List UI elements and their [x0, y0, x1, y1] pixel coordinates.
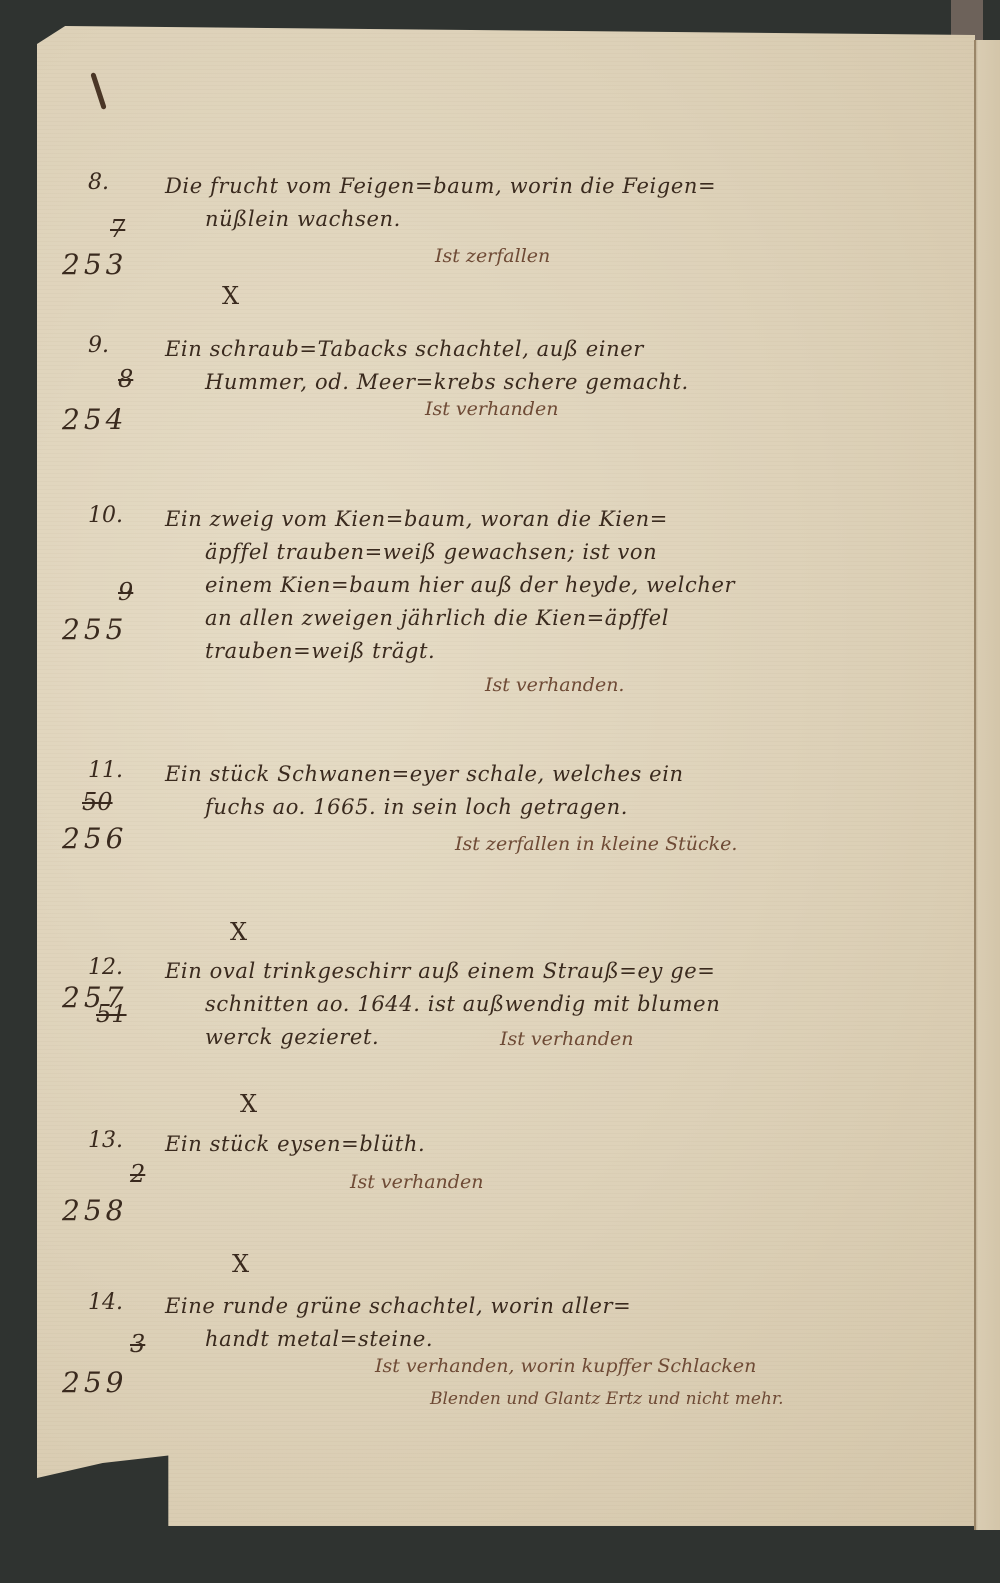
- entry-line: nüßlein wachsen.: [165, 203, 955, 236]
- old-number-struck: 9: [118, 578, 133, 606]
- entry-line: Ein zweig vom Kien=baum, woran die Kien=: [165, 507, 668, 531]
- entry-line: Eine runde grüne schachtel, worin aller=: [165, 1294, 631, 1318]
- catalogue-number: 256: [62, 822, 127, 855]
- entry-line: fuchs ao. 1665. in sein loch getragen.: [165, 791, 955, 824]
- facing-page-edge: [975, 40, 1000, 1530]
- entry-line: Ein schraub=Tabacks schachtel, auß einer: [165, 337, 644, 361]
- entry-number: 9.: [88, 333, 109, 358]
- old-number-struck: 51: [96, 1000, 127, 1028]
- catalogue-number: 259: [62, 1366, 127, 1399]
- status-annotation-continued: Blenden und Glantz Ertz und nicht mehr.: [430, 1385, 784, 1413]
- status-annotation: Ist verhanden: [425, 395, 558, 423]
- entry-line: Ein stück Schwanen=eyer schale, welches …: [165, 762, 684, 786]
- status-annotation: Ist zerfallen: [435, 242, 550, 270]
- entry-number: 14.: [88, 1290, 123, 1315]
- entry-line: einem Kien=baum hier auß der heyde, welc…: [165, 569, 955, 602]
- entry-number: 12.: [88, 955, 123, 980]
- catalogue-number: 255: [62, 613, 127, 646]
- entry-text: Ein stück Schwanen=eyer schale, welches …: [165, 758, 955, 824]
- old-number-struck: 50: [82, 788, 113, 816]
- entry-text: Ein zweig vom Kien=baum, woran die Kien=…: [165, 503, 955, 668]
- old-number-struck: 3: [130, 1330, 145, 1358]
- entry-line: trauben=weiß trägt.: [165, 635, 955, 668]
- entry-line: äpffel trauben=weiß gewachsen; ist von: [165, 536, 955, 569]
- catalogue-number: 254: [62, 403, 127, 436]
- status-annotation: Ist verhanden: [350, 1168, 483, 1196]
- old-number-struck: 7: [110, 215, 125, 243]
- entry-number: 11.: [88, 758, 123, 783]
- entry-text: Ein schraub=Tabacks schachtel, auß einer…: [165, 333, 955, 399]
- entry-line: Ein stück eysen=blüth.: [165, 1132, 425, 1156]
- status-annotation: Ist verhanden.: [485, 671, 624, 699]
- binding-gutter: [974, 40, 976, 1530]
- catalogue-number: 258: [62, 1194, 127, 1227]
- catalogue-number: 253: [62, 248, 127, 281]
- status-annotation: Ist verhanden, worin kupffer Schlacken: [375, 1352, 756, 1380]
- entry-line: schnitten ao. 1644. ist außwendig mit bl…: [165, 988, 955, 1021]
- cross-mark: X: [240, 1090, 257, 1118]
- cross-mark: X: [230, 918, 247, 946]
- status-annotation: Ist verhanden: [500, 1025, 633, 1053]
- entry-line: Hummer, od. Meer=krebs schere gemacht.: [165, 366, 955, 399]
- entry-number: 8.: [88, 170, 109, 195]
- entry-number: 13.: [88, 1128, 123, 1153]
- entry-text: Die frucht vom Feigen=baum, worin die Fe…: [165, 170, 955, 236]
- backing-board: [951, 0, 983, 40]
- entry-line: Ein oval trinkgeschirr auß einem Strauß=…: [165, 959, 716, 983]
- cross-mark: X: [222, 282, 239, 310]
- old-number-struck: 8: [118, 365, 133, 393]
- entry-text: Ein stück eysen=blüth.: [165, 1128, 955, 1161]
- status-annotation: Ist zerfallen in kleine Stücke.: [455, 830, 737, 858]
- old-number-struck: 2: [130, 1160, 145, 1188]
- entry-line: an allen zweigen jährlich die Kien=äpffe…: [165, 602, 955, 635]
- cross-mark: X: [232, 1250, 249, 1278]
- entry-line: Die frucht vom Feigen=baum, worin die Fe…: [165, 174, 716, 198]
- entry-text: Eine runde grüne schachtel, worin aller=…: [165, 1290, 955, 1356]
- entry-number: 10.: [88, 503, 123, 528]
